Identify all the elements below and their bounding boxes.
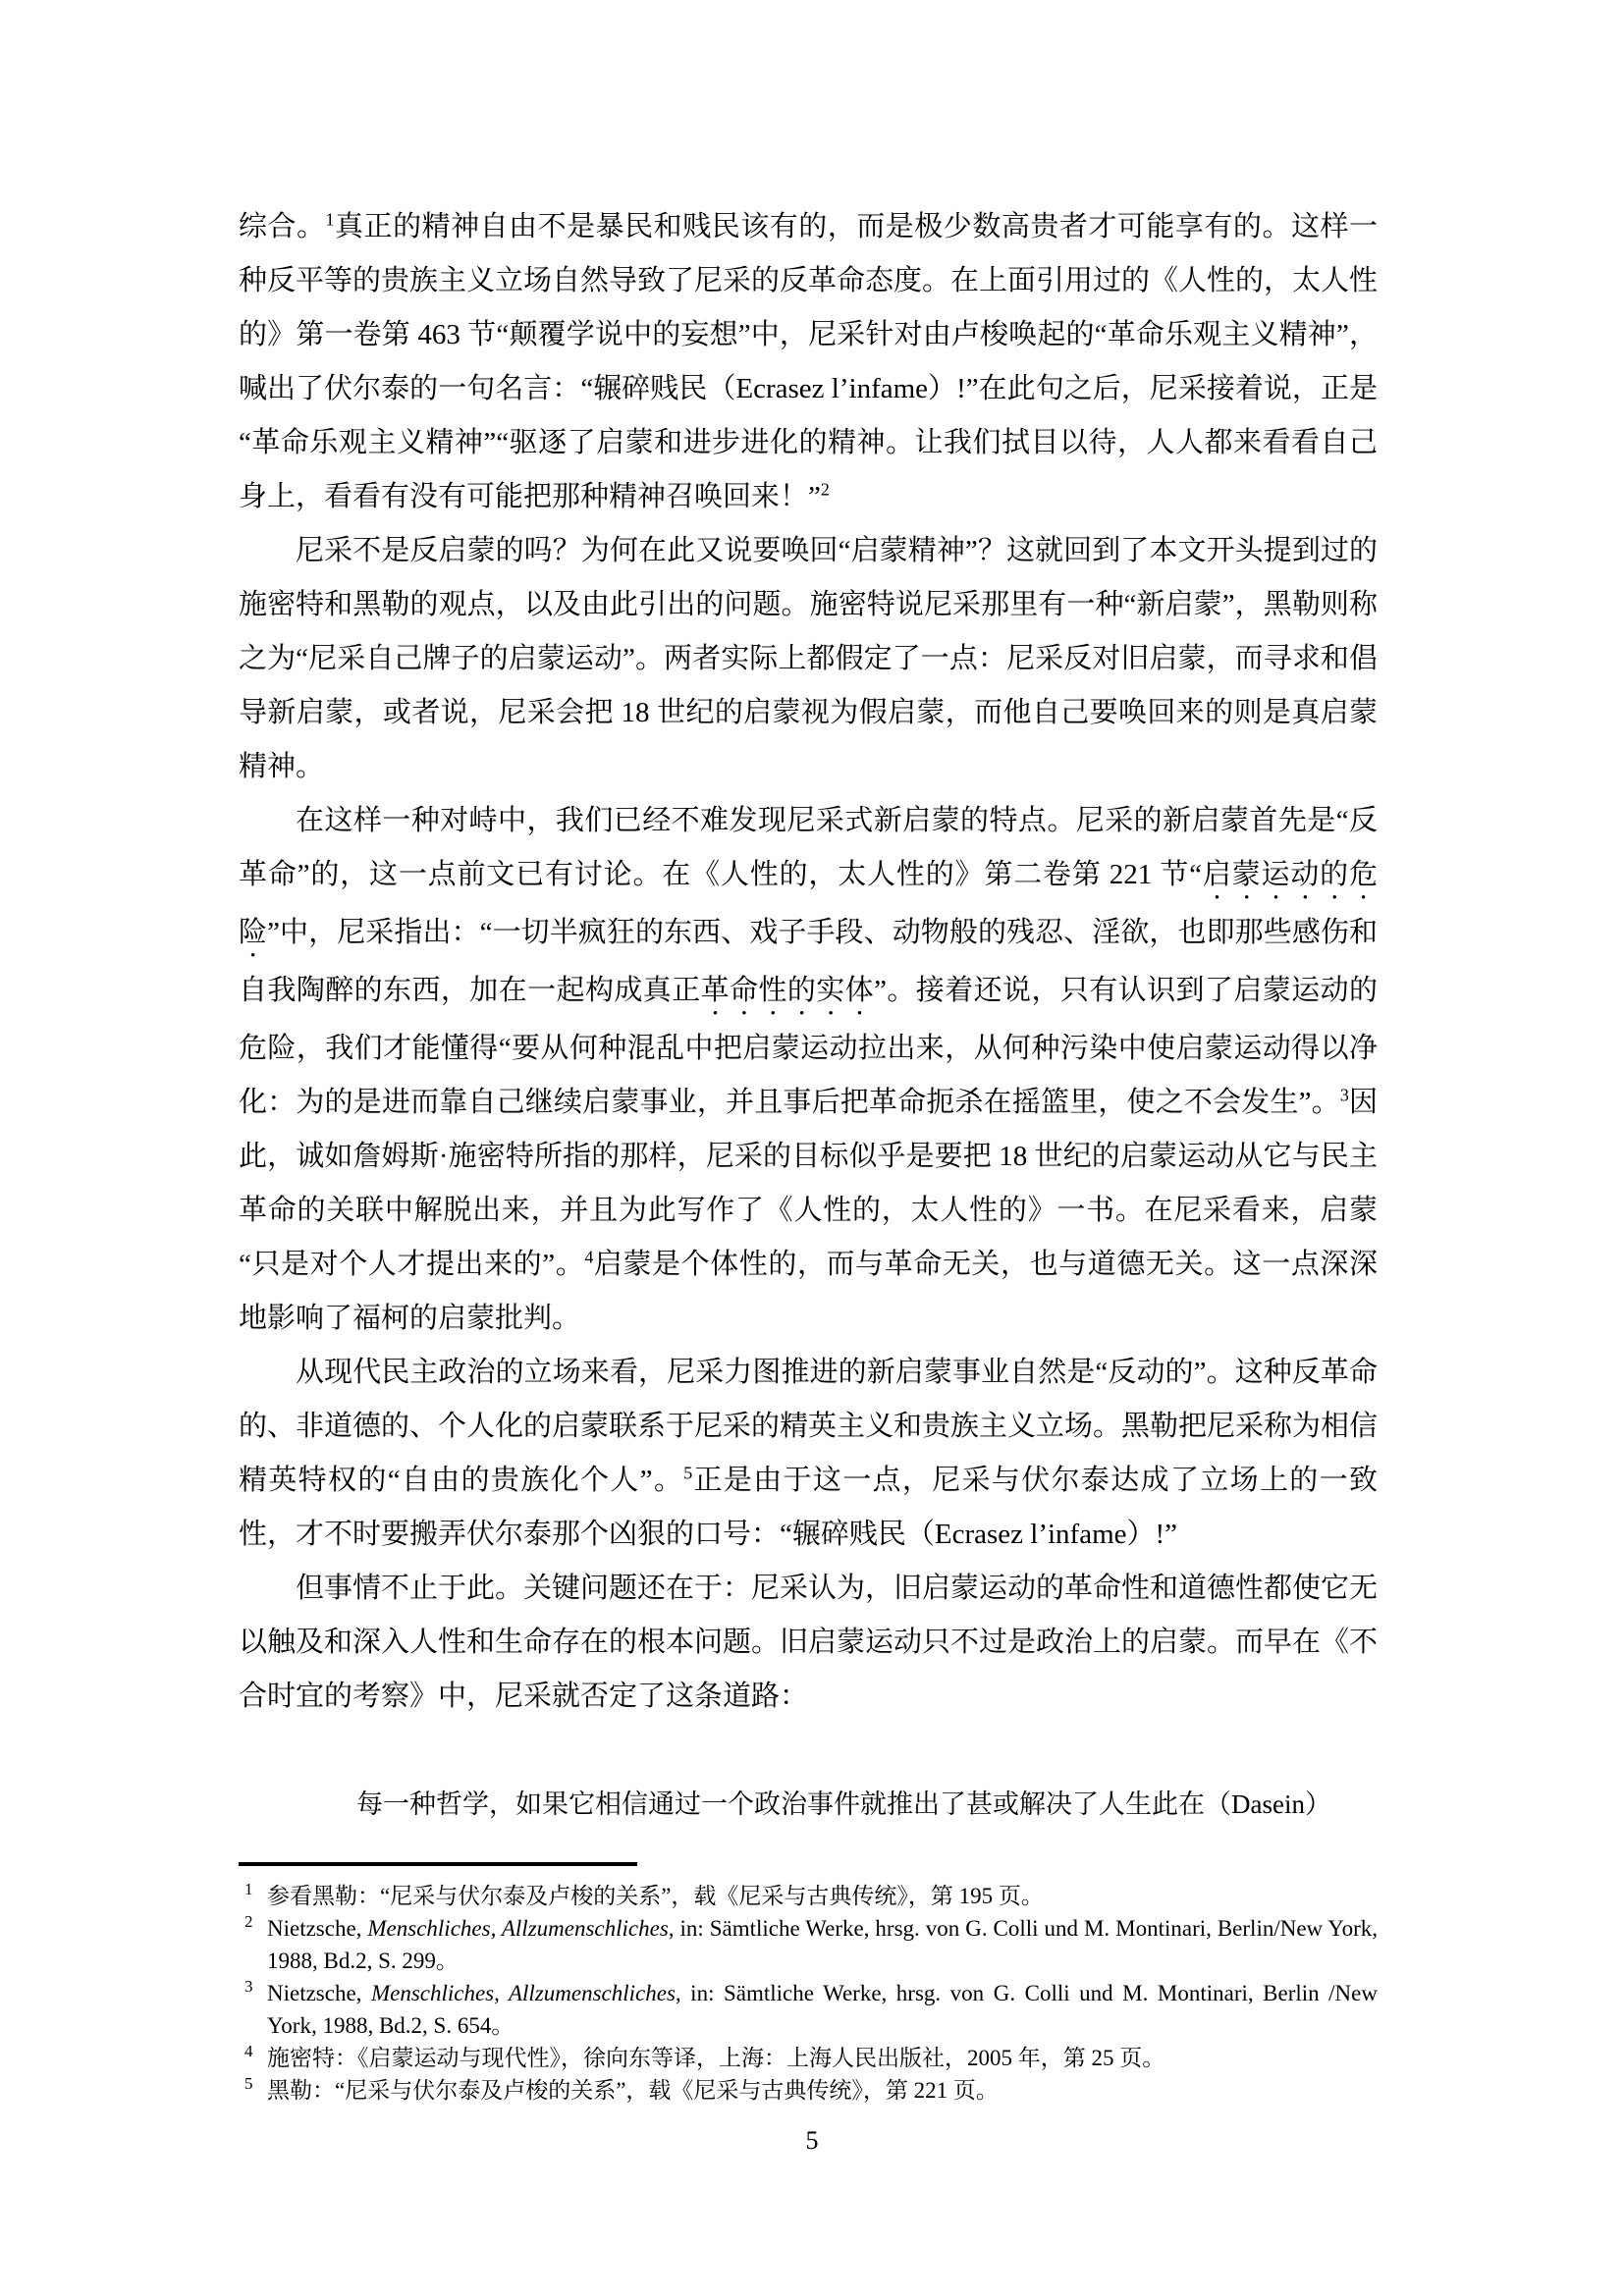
footnote: 3Nietzsche, Menschliches, Allzumenschlic… bbox=[239, 1977, 1378, 2042]
footnote-list: 1参看黑勒：“尼采与伏尔泰及卢梭的关系”，载《尼采与古典传统》，第 195 页。… bbox=[239, 1880, 1378, 2107]
footnote-ref: 5 bbox=[683, 1463, 692, 1482]
footnote: 1参看黑勒：“尼采与伏尔泰及卢梭的关系”，载《尼采与古典传统》，第 195 页。 bbox=[239, 1880, 1378, 1912]
text-run: Nietzsche, bbox=[267, 1981, 371, 2005]
block-quote: 每一种哲学，如果它相信通过一个政治事件就推出了甚或解决了人生此在（Dasein） bbox=[239, 1778, 1378, 1832]
text-run: 参看黑勒：“尼采与伏尔泰及卢梭的关系”，载《尼采与古典传统》，第 195 页。 bbox=[267, 1884, 1044, 1908]
paragraph: 在这样一种对峙中，我们已经不难发现尼采式新启蒙的特点。尼采的新启蒙首先是“反革命… bbox=[239, 794, 1378, 1346]
text-run: 施密特：《启蒙运动与现代性》，徐向东等译，上海：上海人民出版社，2005 年，第… bbox=[267, 2046, 1164, 2070]
paragraph: 但事情不止于此。关键问题还在于：尼采认为，旧启蒙运动的革命性和道德性都使它无以触… bbox=[239, 1562, 1378, 1724]
footnote: 5黑勒：“尼采与伏尔泰及卢梭的关系”，载《尼采与古典传统》，第 221 页。 bbox=[239, 2074, 1378, 2107]
text-run: 但事情不止于此。关键问题还在于：尼采认为，旧启蒙运动的革命性和道德性都使它无以触… bbox=[239, 1573, 1378, 1712]
italic-title: Menschliches, Allzumenschliches bbox=[371, 1981, 676, 2005]
paragraph: 尼采不是反启蒙的吗？为何在此又说要唤回“启蒙精神”？这就回到了本文开头提到过的施… bbox=[239, 524, 1378, 794]
italic-title: Menschliches, Allzumenschliches bbox=[367, 1916, 668, 1941]
text-run: 黑勒：“尼采与伏尔泰及卢梭的关系”，载《尼采与古典传统》，第 221 页。 bbox=[267, 2078, 999, 2103]
footnote-ref: 1 bbox=[326, 209, 335, 229]
text-run: Nietzsche, bbox=[267, 1916, 367, 1941]
emphasized-text: 革命性的实体 bbox=[701, 975, 874, 1006]
paragraph-list: 综合。1真正的精神自由不是暴民和贱民该有的，而是极少数高贵者才可能享有的。这样一… bbox=[239, 200, 1378, 1724]
footnote-number: 1 bbox=[244, 1881, 253, 1897]
footnote-ref: 3 bbox=[1340, 1085, 1349, 1104]
page-number: 5 bbox=[0, 2125, 1624, 2156]
document-body: 综合。1真正的精神自由不是暴民和贱民该有的，而是极少数高贵者才可能享有的。这样一… bbox=[239, 200, 1378, 1832]
footnote-number: 2 bbox=[244, 1913, 253, 1930]
footnote-number: 4 bbox=[244, 2043, 253, 2059]
paragraph: 从现代民主政治的立场来看，尼采力图推进的新启蒙事业自然是“反动的”。这种反革命的… bbox=[239, 1346, 1378, 1562]
footnote: 2Nietzsche, Menschliches, Allzumenschlic… bbox=[239, 1912, 1378, 1977]
text-run: 尼采不是反启蒙的吗？为何在此又说要唤回“启蒙精神”？这就回到了本文开头提到过的施… bbox=[239, 535, 1378, 782]
document-page: 综合。1真正的精神自由不是暴民和贱民该有的，而是极少数高贵者才可能享有的。这样一… bbox=[0, 0, 1624, 2296]
footnote-ref: 2 bbox=[821, 479, 830, 499]
footnote-ref: 4 bbox=[584, 1247, 593, 1266]
footnote-number: 3 bbox=[244, 1978, 253, 1995]
text-run: 真正的精神自由不是暴民和贱民该有的，而是极少数高贵者才可能享有的。这样一种反平等… bbox=[239, 211, 1378, 512]
text-run: 每一种哲学，如果它相信通过一个政治事件就推出了甚或解决了人生此在（Dasein） bbox=[356, 1789, 1331, 1819]
footnote-section: 1参看黑勒：“尼采与伏尔泰及卢梭的关系”，载《尼采与古典传统》，第 195 页。… bbox=[239, 1862, 1378, 2107]
footnote-separator bbox=[239, 1862, 637, 1866]
text-run: 综合。 bbox=[239, 211, 326, 242]
paragraph: 综合。1真正的精神自由不是暴民和贱民该有的，而是极少数高贵者才可能享有的。这样一… bbox=[239, 200, 1378, 524]
footnote: 4施密特：《启蒙运动与现代性》，徐向东等译，上海：上海人民出版社，2005 年，… bbox=[239, 2042, 1378, 2074]
footnote-number: 5 bbox=[244, 2075, 253, 2092]
